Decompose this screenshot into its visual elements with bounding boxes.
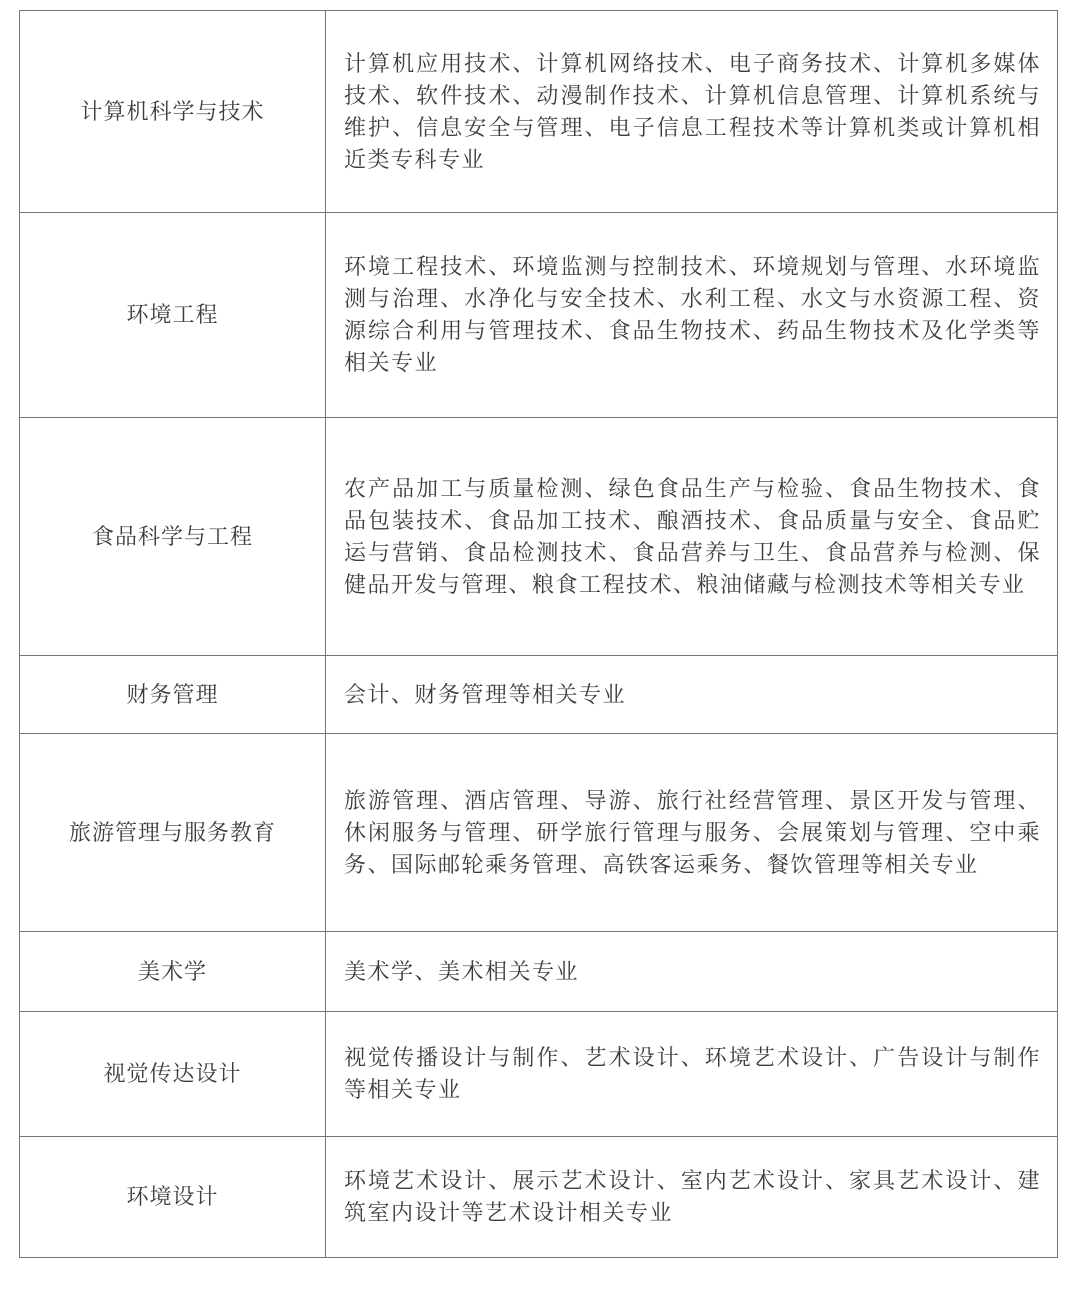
table-row: 视觉传达设计 视觉传播设计与制作、艺术设计、环境艺术设计、广告设计与制作等相关专…: [20, 1012, 1058, 1137]
major-cell: 旅游管理与服务教育: [20, 734, 326, 932]
table-row: 环境设计 环境艺术设计、展示艺术设计、室内艺术设计、家具艺术设计、建筑室内设计等…: [20, 1137, 1058, 1258]
major-cell: 财务管理: [20, 656, 326, 734]
major-mapping-table: 计算机科学与技术 计算机应用技术、计算机网络技术、电子商务技术、计算机多媒体技术…: [19, 10, 1058, 1258]
table-row: 旅游管理与服务教育 旅游管理、酒店管理、导游、旅行社经营管理、景区开发与管理、休…: [20, 734, 1058, 932]
table-row: 计算机科学与技术 计算机应用技术、计算机网络技术、电子商务技术、计算机多媒体技术…: [20, 11, 1058, 213]
related-majors-cell: 环境艺术设计、展示艺术设计、室内艺术设计、家具艺术设计、建筑室内设计等艺术设计相…: [326, 1137, 1058, 1258]
related-majors-cell: 会计、财务管理等相关专业: [326, 656, 1058, 734]
table-row: 美术学 美术学、美术相关专业: [20, 932, 1058, 1012]
table-row: 环境工程 环境工程技术、环境监测与控制技术、环境规划与管理、水环境监测与治理、水…: [20, 213, 1058, 418]
table-row: 财务管理 会计、财务管理等相关专业: [20, 656, 1058, 734]
related-majors-cell: 农产品加工与质量检测、绿色食品生产与检验、食品生物技术、食品包装技术、食品加工技…: [326, 418, 1058, 656]
major-cell: 环境工程: [20, 213, 326, 418]
related-majors-cell: 视觉传播设计与制作、艺术设计、环境艺术设计、广告设计与制作等相关专业: [326, 1012, 1058, 1137]
related-majors-cell: 环境工程技术、环境监测与控制技术、环境规划与管理、水环境监测与治理、水净化与安全…: [326, 213, 1058, 418]
related-majors-cell: 旅游管理、酒店管理、导游、旅行社经营管理、景区开发与管理、休闲服务与管理、研学旅…: [326, 734, 1058, 932]
table-row: 食品科学与工程 农产品加工与质量检测、绿色食品生产与检验、食品生物技术、食品包装…: [20, 418, 1058, 656]
major-cell: 环境设计: [20, 1137, 326, 1258]
related-majors-cell: 美术学、美术相关专业: [326, 932, 1058, 1012]
major-cell: 计算机科学与技术: [20, 11, 326, 213]
major-cell: 视觉传达设计: [20, 1012, 326, 1137]
major-cell: 美术学: [20, 932, 326, 1012]
major-cell: 食品科学与工程: [20, 418, 326, 656]
related-majors-cell: 计算机应用技术、计算机网络技术、电子商务技术、计算机多媒体技术、软件技术、动漫制…: [326, 11, 1058, 213]
document-page: 计算机科学与技术 计算机应用技术、计算机网络技术、电子商务技术、计算机多媒体技术…: [0, 0, 1080, 1299]
